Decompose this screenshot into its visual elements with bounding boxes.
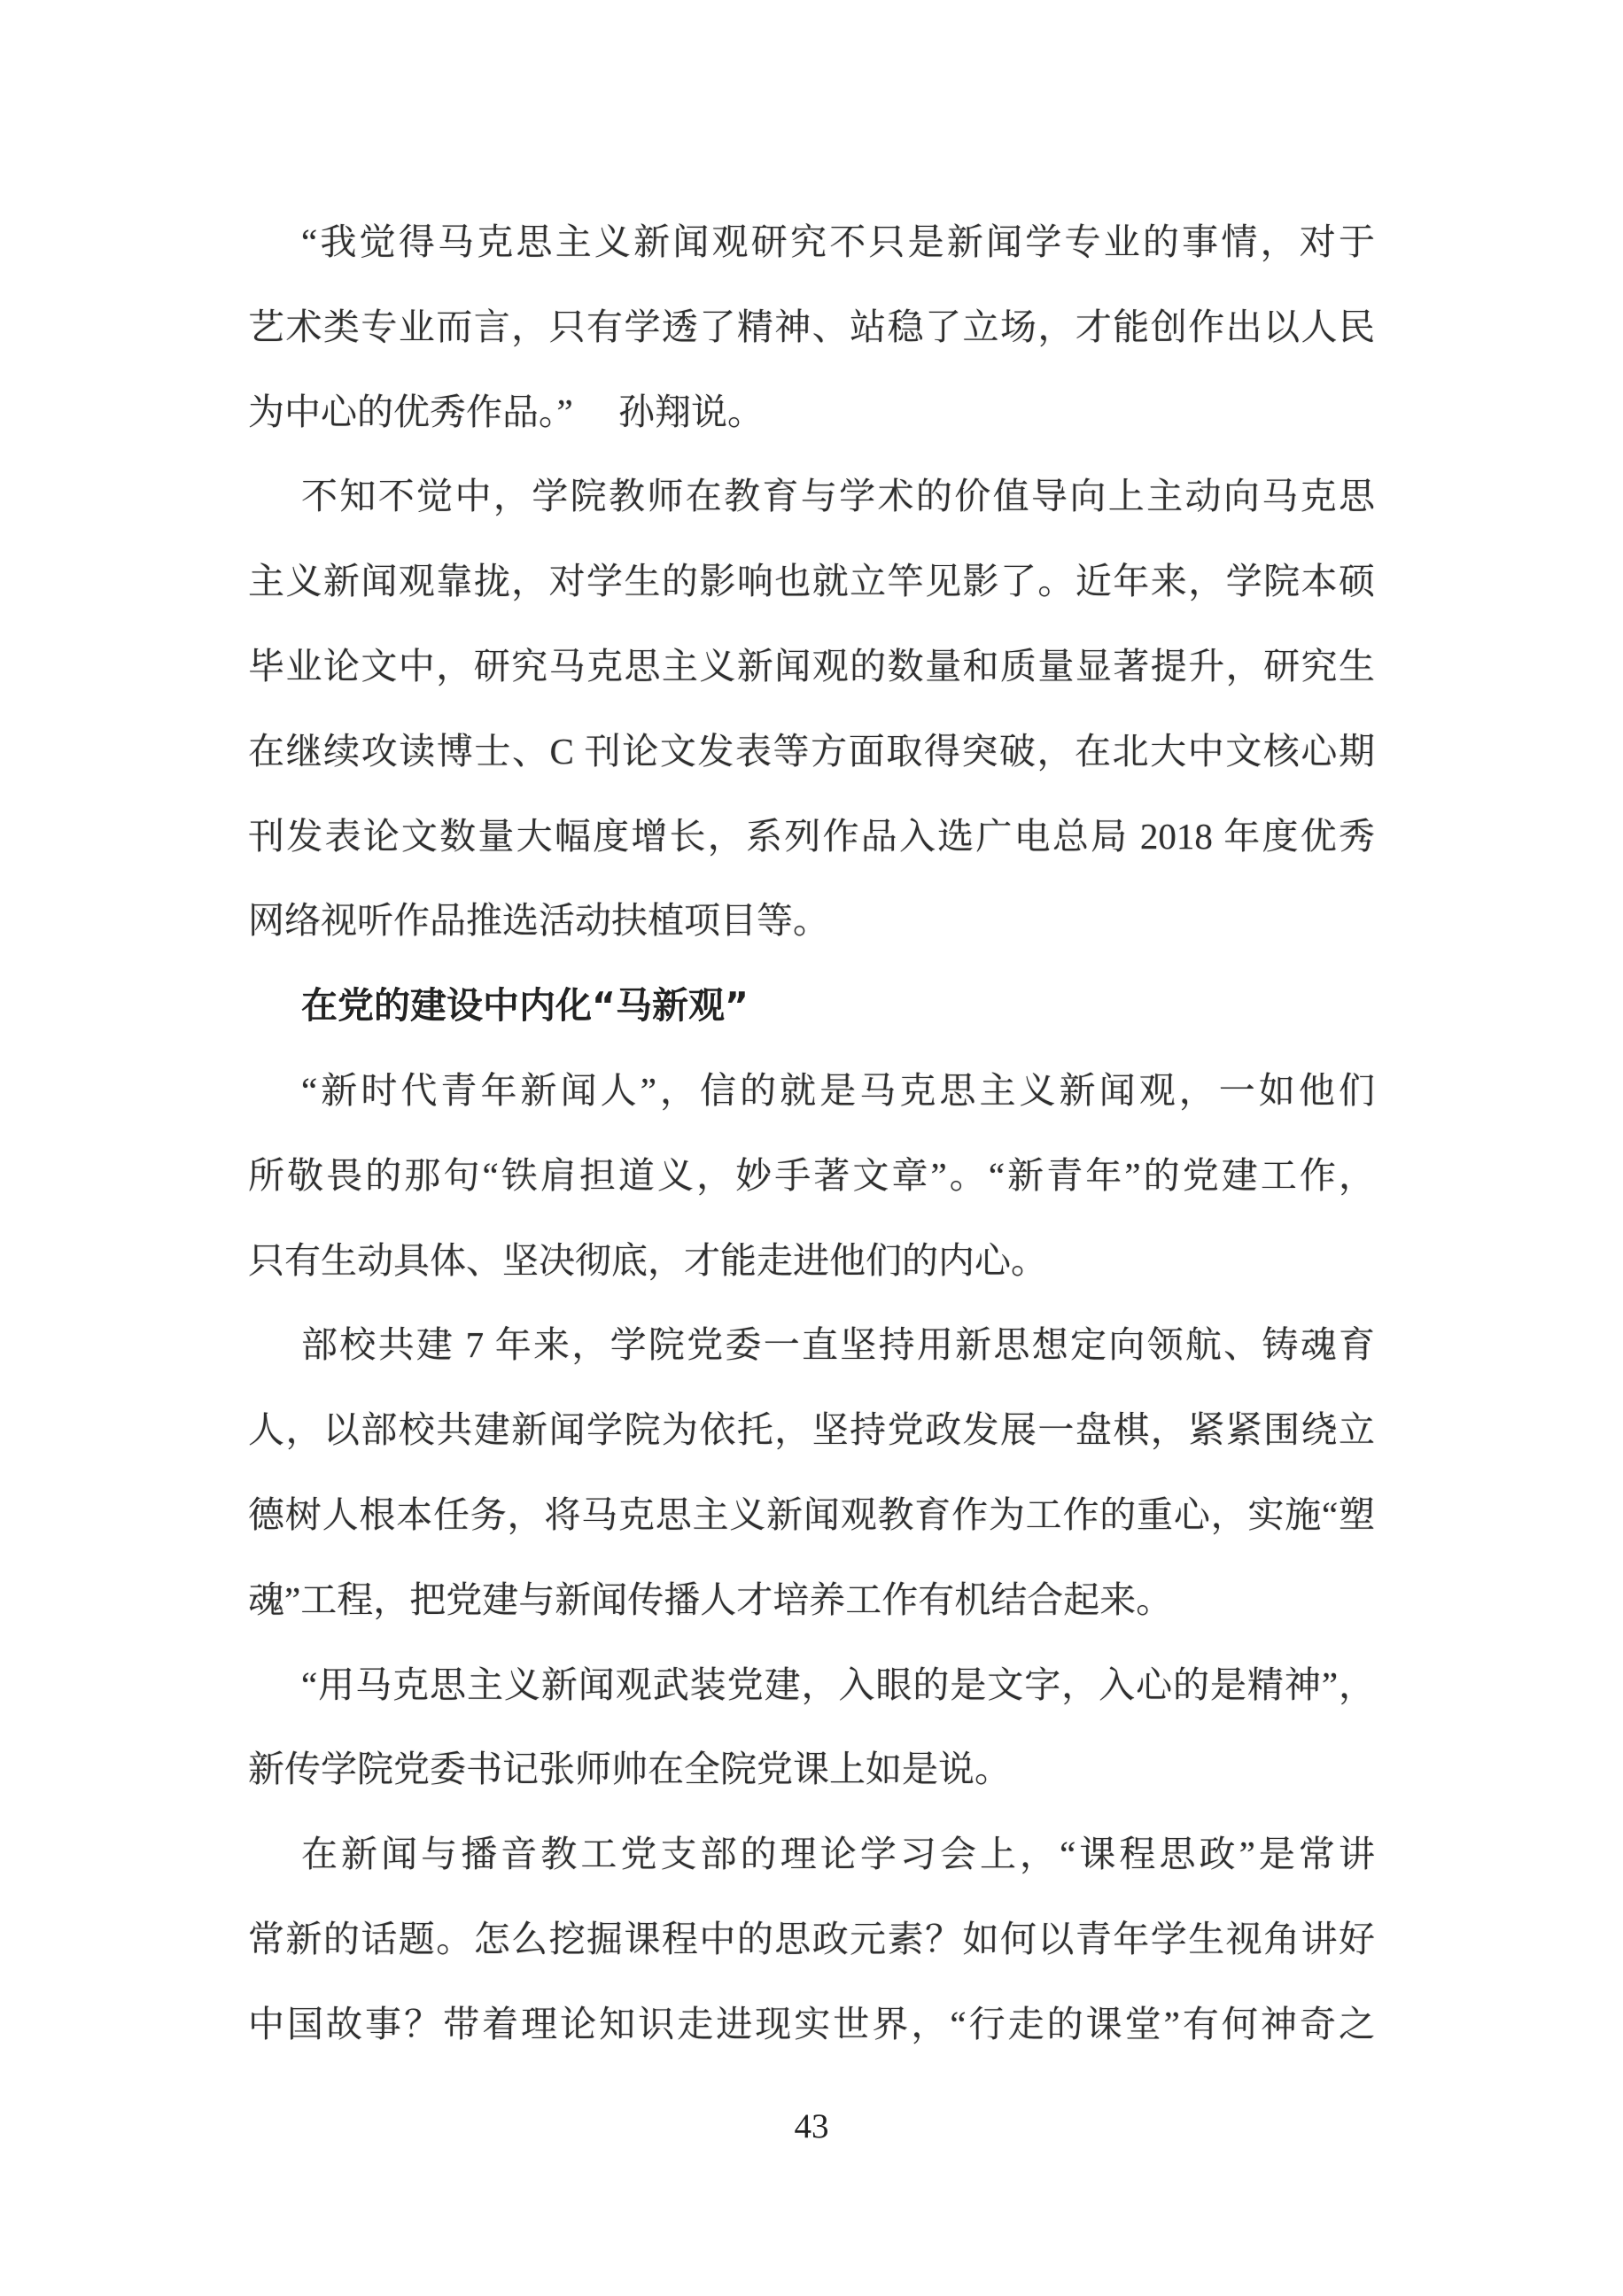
document-page: “我觉得马克思主义新闻观研究不只是新闻学专业的事情，对于艺术类专业而言，只有学透… xyxy=(0,0,1623,2296)
body-paragraph: “新时代青年新闻人”，信的就是马克思主义新闻观，一如他们所敬畏的那句“铁肩担道义… xyxy=(248,1049,1375,1303)
text-line: 为中心的优秀作品。” 孙翔说。 xyxy=(248,370,1375,455)
text-line: “用马克思主义新闻观武装党建，入眼的是文字，入心的是精神”， xyxy=(248,1643,1375,1728)
text-line: 中国故事？带着理论知识走进现实世界，“行走的课堂”有何神奇之 xyxy=(248,1982,1375,2067)
text-line: 艺术类专业而言，只有学透了精神、站稳了立场，才能创作出以人民 xyxy=(248,285,1375,370)
text-line: 新传学院党委书记张师帅在全院党课上如是说。 xyxy=(248,1727,1375,1812)
body-paragraph: 在新闻与播音教工党支部的理论学习会上，“课程思政”是常讲常新的话题。怎么挖掘课程… xyxy=(248,1812,1375,2067)
page-footer: 43 xyxy=(0,2106,1623,2146)
text-line: 部校共建 7 年来，学院党委一直坚持用新思想定向领航、铸魂育 xyxy=(248,1303,1375,1388)
text-line: 主义新闻观靠拢，对学生的影响也就立竿见影了。近年来，学院本硕 xyxy=(248,539,1375,624)
body-paragraph: “用马克思主义新闻观武装党建，入眼的是文字，入心的是精神”，新传学院党委书记张师… xyxy=(248,1643,1375,1813)
text-line: 毕业论文中，研究马克思主义新闻观的数量和质量显著提升，研究生 xyxy=(248,624,1375,710)
text-line: 魂”工程，把党建与新闻传播人才培养工作有机结合起来。 xyxy=(248,1558,1375,1643)
body-paragraph: 部校共建 7 年来，学院党委一直坚持用新思想定向领航、铸魂育人，以部校共建新闻学… xyxy=(248,1303,1375,1642)
section-heading: 在党的建设中内化“马新观” xyxy=(248,964,1375,1049)
text-line: 只有生动具体、坚决彻底，才能走进他们的内心。 xyxy=(248,1219,1375,1304)
text-line: 在继续攻读博士、C 刊论文发表等方面取得突破，在北大中文核心期 xyxy=(248,710,1375,795)
text-line: 在党的建设中内化“马新观” xyxy=(248,964,1375,1049)
text-line: 在新闻与播音教工党支部的理论学习会上，“课程思政”是常讲 xyxy=(248,1812,1375,1897)
text-line: “新时代青年新闻人”，信的就是马克思主义新闻观，一如他们 xyxy=(248,1049,1375,1134)
text-line: 不知不觉中，学院教师在教育与学术的价值导向上主动向马克思 xyxy=(248,454,1375,539)
document-body: “我觉得马克思主义新闻观研究不只是新闻学专业的事情，对于艺术类专业而言，只有学透… xyxy=(0,0,1623,2067)
text-line: 德树人根本任务，将马克思主义新闻观教育作为工作的重心，实施“塑 xyxy=(248,1473,1375,1558)
text-line: 刊发表论文数量大幅度增长，系列作品入选广电总局 2018 年度优秀 xyxy=(248,795,1375,880)
text-line: “我觉得马克思主义新闻观研究不只是新闻学专业的事情，对于 xyxy=(248,200,1375,285)
body-paragraph: 不知不觉中，学院教师在教育与学术的价值导向上主动向马克思主义新闻观靠拢，对学生的… xyxy=(248,454,1375,964)
text-line: 人，以部校共建新闻学院为依托，坚持党政发展一盘棋，紧紧围绕立 xyxy=(248,1388,1375,1473)
page-number: 43 xyxy=(795,2106,829,2146)
text-line: 常新的话题。怎么挖掘课程中的思政元素？如何以青年学生视角讲好 xyxy=(248,1897,1375,1982)
text-line: 所敬畏的那句“铁肩担道义，妙手著文章”。“新青年”的党建工作， xyxy=(248,1134,1375,1219)
body-paragraph: “我觉得马克思主义新闻观研究不只是新闻学专业的事情，对于艺术类专业而言，只有学透… xyxy=(248,200,1375,454)
text-line: 网络视听作品推选活动扶植项目等。 xyxy=(248,879,1375,964)
